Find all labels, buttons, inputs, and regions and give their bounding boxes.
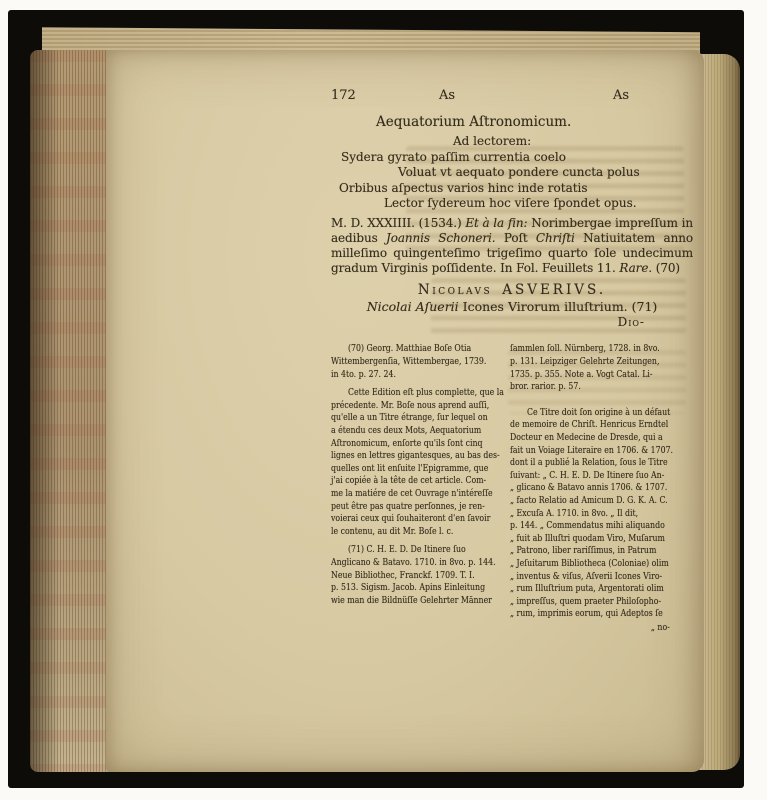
text-line: lignes en lettres gigantesques, au bas d…	[331, 450, 503, 463]
running-head-row: 172 As As	[331, 88, 693, 106]
text-line: Neue Bibliothec, Franckf. 1709. T. I.	[331, 570, 503, 583]
text-line: „ impreſſus, quem praeter Philoſopho-	[510, 596, 695, 609]
text-line: p. 513. Sigism. Jacob. Apins Einleitung	[331, 582, 503, 595]
text-line: dont il a publié la Relation, ſous le Ti…	[510, 457, 695, 470]
text-line: „ Jeſuitarum Bibliotheca (Coloniae) olim	[510, 558, 695, 571]
text-line: précedente. Mr. Boſe nous aprend auſſi,	[331, 400, 503, 413]
text-line: wie man die Bildnüſſe Gelehrter Männer	[331, 595, 503, 608]
text-line: Anglicano & Batavo. 1710. in 8vo. p. 144…	[331, 557, 503, 570]
text-line: Voluat vt aequato pondere cuncta polus	[331, 165, 693, 180]
footnote-70-continuation: ſammlen ſoll. Nürnberg, 1728. in 8vo.p. …	[510, 343, 695, 393]
text-line: ſammlen ſoll. Nürnberg, 1728. in 8vo.	[510, 343, 695, 356]
text-line: in 4to. p. 27. 24.	[331, 369, 503, 382]
page-fore-edge-stack	[30, 50, 114, 772]
footnote-71-comment: Ce Titre doit ſon origine à un défautde …	[510, 407, 695, 621]
text-line: Lector ſydereum hoc viſere ſpondet opus.	[331, 196, 693, 211]
text-line: peut être pas quatre perſonnes, je ren-	[331, 501, 503, 514]
text-line: p. 144. „ Commendatus mihi aliquando	[510, 520, 695, 533]
text-line: (70) Georg. Matthiae Boſe Otia	[331, 343, 503, 356]
article-title: Aequatorium Aſtronomicum.	[331, 114, 693, 130]
text-line: bror. rarior. p. 57.	[510, 381, 695, 394]
next-article-heading: NicolavsASVERIVS.	[331, 282, 693, 298]
heading-surname: ASVERIVS.	[502, 282, 606, 298]
text-line: j'ai copiée à la tête de cet article. Co…	[331, 475, 503, 488]
footnote-71: (71) C. H. E. D. De Itinere ſuoAnglicano…	[331, 544, 503, 607]
heading-forename: Nicolavs	[418, 282, 492, 298]
page-text-block: 172 As As Aequatorium Aſtronomicum. Ad l…	[331, 88, 693, 663]
book-page: 172 As As Aequatorium Aſtronomicum. Ad l…	[106, 50, 704, 772]
colophon-text: Poſt	[496, 231, 536, 245]
text-line: Docteur en Medecine de Dresde, qui a	[510, 432, 695, 445]
text-line: „ fuit ab Illuſtri quodam Viro, Muſarum	[510, 533, 695, 546]
running-head-left: As	[439, 88, 455, 103]
text-line: le contenu, au dit Mr. Boſe l. c.	[331, 526, 503, 539]
text-line: 1735. p. 355. Note a. Vogt Catal. Li-	[510, 369, 695, 382]
catchword-dio: Dio-	[331, 315, 693, 329]
text-line: voierai ceux qui ſouhaiteront d'en ſavoi…	[331, 513, 503, 526]
text-line: quelles ont lit enſuite l'Epigramme, que	[331, 463, 503, 476]
text-line: fait un Voiage Literaire en 1706. & 1707…	[510, 445, 695, 458]
text-line: (71) C. H. E. D. De Itinere ſuo	[331, 544, 503, 557]
text-line: „ rum, imprimis eorum, qui Adeptos ſe	[510, 608, 695, 621]
text-line: „ facto Relatio ad Amicum D. G. K. A. C.	[510, 495, 695, 508]
printer-name: Joannis Schoneri.	[386, 231, 496, 245]
footnote-70: (70) Georg. Matthiae Boſe OtiaWittemberg…	[331, 343, 503, 381]
text-line: Orbibus aſpectus varios hinc inde rotati…	[331, 181, 693, 196]
rare-label: Rare.	[619, 261, 652, 275]
text-line: Ce Titre doit ſon origine à un défaut	[510, 407, 695, 420]
running-head-right: As	[613, 88, 629, 103]
text-line: Cette Edition eſt plus complette, que la	[331, 387, 503, 400]
next-article-subheading: Nicolai Aſuerii Icones Virorum illuſtriu…	[331, 299, 693, 314]
colophon-paragraph: M. D. XXXIIII. (1534.) Et à la fin: Nori…	[331, 216, 693, 277]
footnote-column-right: ſammlen ſoll. Nürnberg, 1728. in 8vo.p. …	[510, 343, 695, 634]
book-photograph: 172 As As Aequatorium Aſtronomicum. Ad l…	[8, 10, 744, 788]
text-line: Wittembergenſia, Wittembergae, 1739.	[331, 356, 503, 369]
subheading-roman: Icones Virorum illuſtrium. (71)	[459, 299, 658, 314]
text-line: Sydera gyrato paſſim currentia coelo	[331, 150, 693, 165]
text-line: me la matiére de cet Ouvrage n'intéreſſe	[331, 488, 503, 501]
footnote-section: (70) Georg. Matthiae Boſe OtiaWittemberg…	[331, 343, 693, 663]
text-line: Aſtronomicum, enſorte qu'ils ſont cinq	[331, 438, 503, 451]
text-line: a étendu ces deux Mots, Aequatorium	[331, 425, 503, 438]
footnote-ref-70: (70)	[652, 261, 680, 275]
subheading-author-italic: Nicolai Aſuerii	[367, 299, 459, 314]
text-line: „ Excuſa A. 1710. in 8vo. „ Il dit,	[510, 508, 695, 521]
epigram-poem: Sydera gyrato paſſim currentia coeloVolu…	[331, 150, 693, 212]
text-line: ſuivant: „ C. H. E. D. De Itinere ſuo An…	[510, 470, 695, 483]
text-line: de memoire de Chriſt. Henricus Erndtel	[510, 419, 695, 432]
text-line: „ inventus & viſus, Aſverii Icones Viro-	[510, 571, 695, 584]
text-line: „ Patrono, liber rariſſimus, in Patrum	[510, 545, 695, 558]
colophon-date: M. D. XXXIIII. (1534.)	[331, 216, 465, 230]
text-line: qu'elle a un Titre étrange, ſur lequel o…	[331, 412, 503, 425]
christi-italic: Chriſti	[536, 231, 575, 245]
page-number: 172	[331, 88, 356, 103]
ad-lectorem-heading: Ad lectorem:	[331, 134, 693, 148]
text-line: „ glicano & Batavo annis 1706. & 1707.	[510, 482, 695, 495]
text-line: „ rum Illuſtrium puta, Argentorati olim	[510, 583, 695, 596]
colophon-et-a-la-fin: Et à la fin:	[465, 216, 527, 230]
catchword-bottom: „ no-	[510, 622, 695, 635]
text-line: p. 131. Leipziger Gelehrte Zeitungen,	[510, 356, 695, 369]
footnote-column-left: (70) Georg. Matthiae Boſe OtiaWittemberg…	[331, 343, 503, 607]
footnote-70-comment: Cette Edition eſt plus complette, que la…	[331, 387, 503, 538]
